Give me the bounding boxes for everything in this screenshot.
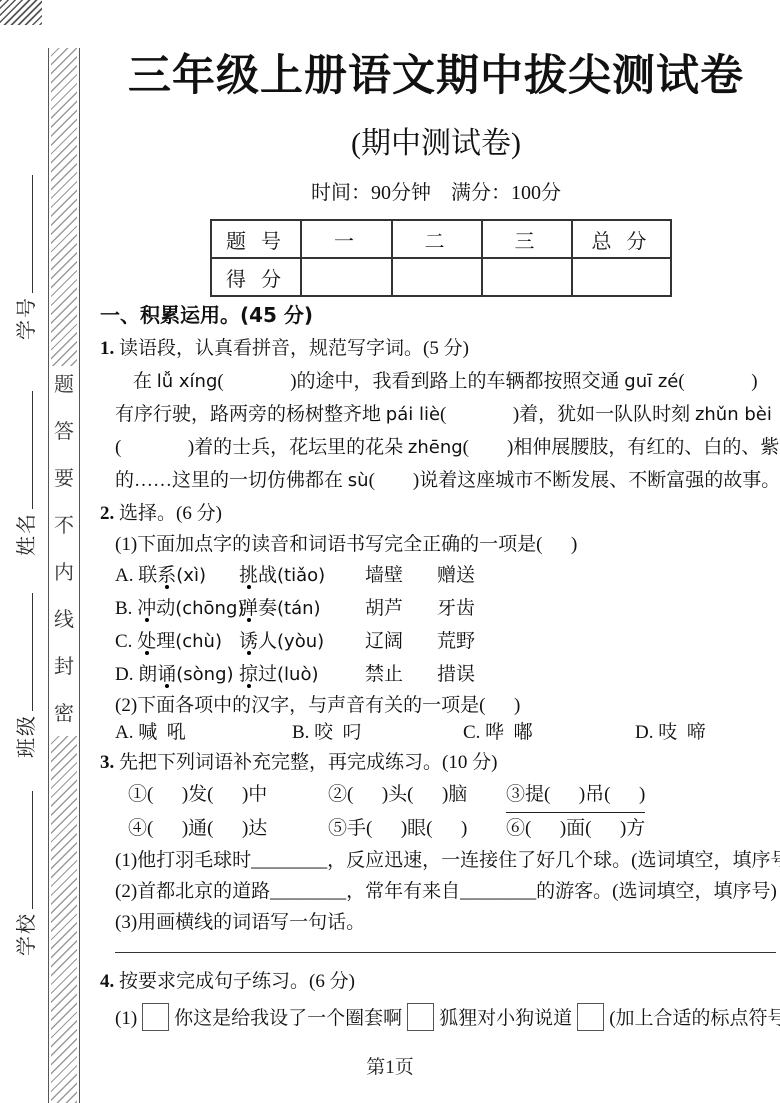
seal-line-band: 题 答 要 不 内 线 封 密 [48,48,80,1103]
field-label: 学校 [16,912,38,956]
question-title-text: 按要求完成句子练习。(6 分) [114,971,355,992]
option-word: 墙壁 [365,559,437,592]
pinyin-text: zhēng [408,437,463,458]
field-blank-line [28,791,33,909]
passage-text: ( )相伸展腰肢，有红的、白的、紫 [463,437,780,458]
answer-blank-line [115,938,776,953]
idiom-row: ④( )通( )达 ⑤手( )眼( ) ⑥( )面( )方 [100,813,776,845]
question-number: 1. [100,338,114,359]
punctuation-box [577,1003,604,1031]
page-number: 第1页 [0,1052,780,1079]
field-blank-line [28,175,33,293]
sentence-text: 你这是给我设了一个圈套啊 [174,1008,402,1029]
option-char: 人 [258,631,277,652]
seal-char: 线 [49,609,79,631]
punctuation-box [142,1003,169,1031]
option-word: 禁止 [365,658,437,691]
option-row: D. 朗诵(sòng) 掠过(luò) 禁止 措误 [100,658,776,691]
option-char: 动 [156,598,175,619]
option-label: C. [115,631,137,652]
dotted-char: 挑 [239,565,258,586]
score-table-score-row: 得 分 [211,258,671,296]
question-title-text: 读语段，认真看拼音，规范写字词。(5 分) [114,338,469,359]
option-char: 战 [258,565,277,586]
pinyin-text: guī zé [624,371,678,392]
option-word: 荒野 [437,625,776,658]
exam-meta: 时间：90分钟 满分：100分 [100,176,772,205]
score-cell: 题 号 [211,220,301,258]
passage-text: 在 [133,371,157,392]
score-cell-empty [301,258,392,296]
field-label: 学号 [16,296,38,340]
question-3-title: 3. 先把下列词语补充完整，再完成练习。(10 分) [100,746,776,779]
option-word-group: C. 处理(chù) [115,625,239,658]
pinyin-text: (chōng) [175,598,244,619]
passage-line: ( )着的士兵，花坛里的花朵 zhēng( )相伸展腰肢，有红的、白的、紫 [100,431,776,464]
option-word: 措误 [437,658,776,691]
sub-question: (2)首都北京的道路________，常年有来自________的游客。(选词填… [100,876,776,907]
passage-text: 有序行驶，路两旁的杨树整齐地 [115,404,386,425]
passage-text: ( ) [678,371,757,392]
idiom-row: ①( )发( )中 ②( )头( )脑 ③提( )吊( ) [100,779,776,813]
pinyin-text: sù [348,470,369,491]
score-table-header-row: 题 号 一 二 三 总 分 [211,220,671,258]
question-1-title: 1. 读语段，认真看拼音，规范写字词。(5 分) [100,332,776,365]
score-cell-empty [392,258,482,296]
score-table: 题 号 一 二 三 总 分 得 分 [210,219,672,297]
seal-char: 答 [49,421,79,443]
pinyin-text: (luò) [277,664,318,685]
score-cell: 总 分 [572,220,671,258]
option-word: 辽阔 [365,625,437,658]
question-title-text: 先把下列词语补充完整，再完成练习。(10 分) [114,752,497,773]
seal-char: 不 [49,515,79,537]
seal-char: 封 [49,656,79,678]
option-word-group: D. 朗诵(sòng) [115,658,239,691]
seal-char: 密 [49,703,79,725]
question-2-1-prompt: (1)下面加点字的读音和词语书写完全正确的一项是( ) [100,530,776,559]
pinyin-text: (yòu) [277,631,324,652]
option-item: C. 哗 嘟 [463,720,635,746]
option-item: A. 喊 吼 [115,720,292,746]
option-word: 赠送 [437,559,776,592]
sentence-text: 狐狸对小狗说道 [439,1008,572,1029]
score-cell: 得 分 [211,258,301,296]
option-word-group: 挑战(tiǎo) [239,559,365,592]
pinyin-text: lǚ xíng [157,371,218,392]
idiom-item-underlined: ③提( )吊( ) [506,779,645,813]
option-row: A. 联系(xì) 挑战(tiǎo) 墙壁 赠送 [100,559,776,592]
pinyin-text: (chù) [175,631,222,652]
score-cell-empty [482,258,572,296]
passage-line: 在 lǚ xíng( )的途中，我看到路上的车辆都按照交通 guī zé( ) [100,365,776,398]
option-word-group: A. 联系(xì) [115,559,239,592]
question-4-title: 4. 按要求完成句子练习。(6 分) [100,965,776,998]
question-2-title: 2. 选择。(6 分) [100,497,776,530]
dotted-char: 处 [137,631,156,652]
pinyin-text: (tiǎo) [277,565,325,586]
score-cell: 二 [392,220,482,258]
seal-char: 要 [49,468,79,490]
idiom-item: ⑤手( )眼( ) [328,813,506,845]
question-number: 3. [100,752,114,773]
option-label: A. [115,565,138,586]
idiom-item: ②( )头( )脑 [328,779,506,813]
idiom-item: ⑥( )面( )方 [506,813,776,845]
score-cell-empty [572,258,671,296]
passage-text: ( )着，犹如一队队时刻 [440,404,695,425]
option-row: B. 冲动(chōng) 弹奏(tán) 胡芦 牙齿 [100,592,776,625]
option-word-group: 诱人(yòu) [239,625,365,658]
passage-text: ( )说着这座城市不断发展、不断富强的故事。 [369,470,780,491]
idiom-item: ①( )发( )中 [128,779,328,813]
option-char: 过 [258,664,277,685]
seal-char: 内 [49,562,79,584]
sub-question: (3)用画横线的词语写一句话。 [100,907,776,938]
option-char: 奏 [258,598,277,619]
dotted-char: 系 [157,565,176,586]
punctuation-sentence: (1)你这是给我设了一个圈套啊狐狸对小狗说道(加上合适的标点符号) [100,998,776,1040]
sub-question-label: (1) [115,1008,137,1029]
sub-question: (1)他打羽毛球时________，反应迅速，一连接住了好几个球。(选词填空，填… [100,845,776,876]
field-blank-line [28,391,33,509]
option-word-group: B. 冲动(chōng) [115,592,239,625]
score-cell: 三 [482,220,572,258]
passage-line: 有序行驶，路两旁的杨树整齐地 pái liè( )着，犹如一队队时刻 zhǔn … [100,398,776,431]
field-student-number: 学号 [10,175,39,340]
pinyin-text: (sòng) [176,664,233,685]
question-number: 2. [100,503,114,524]
option-char: 朗 [138,664,157,685]
pinyin-text: pái liè [386,404,440,425]
option-row: C. 处理(chù) 诱人(yòu) 辽阔 荒野 [100,625,776,658]
pinyin-text: (xì) [176,565,206,586]
dotted-char: 诱 [239,631,258,652]
field-label: 姓名 [16,512,38,556]
option-char: 理 [156,631,175,652]
paper-subtitle: (期中测试卷) [100,118,772,162]
option-word: 胡芦 [365,592,437,625]
question-2-2-prompt: (2)下面各项中的汉字，与声音有关的一项是( ) [100,691,776,720]
question-title-text: 选择。(6 分) [114,503,222,524]
option-item: B. 咬 叼 [292,720,463,746]
corner-hatch-mark [0,0,42,25]
dotted-char: 弹 [239,598,258,619]
option-label: D. [115,664,138,685]
pinyin-text: (tán) [277,598,321,619]
field-blank-line [28,593,33,711]
passage-text: ( )着的士兵，花坛里的花朵 [115,437,408,458]
field-label: 班级 [16,714,38,758]
passage-text: 的……这里的一切仿佛都在 [115,470,348,491]
option-word-group: 掠过(luò) [239,658,365,691]
pinyin-text: zhǔn bèi [695,404,772,425]
paper-title: 三年级上册语文期中拔尖测试卷 [100,42,772,103]
idiom-item: ④( )通( )达 [128,813,328,845]
passage-text: ( )的途中，我看到路上的车辆都按照交通 [217,371,624,392]
dotted-char: 冲 [137,598,156,619]
option-char: 联 [138,565,157,586]
option-item: D. 吱 啼 [635,720,776,746]
option-row: A. 喊 吼 B. 咬 叼 C. 哗 嘟 D. 吱 啼 [100,720,776,746]
dotted-char: 诵 [157,664,176,685]
field-school: 学校 [10,791,39,956]
option-word: 牙齿 [437,592,776,625]
field-student-name: 姓名 [10,391,39,556]
score-cell: 一 [301,220,392,258]
seal-hatch-top [51,48,77,366]
dotted-char: 掠 [239,664,258,685]
section-heading: 一、积累运用。(45 分) [100,298,776,332]
seal-char: 题 [49,374,79,396]
sentence-text: (加上合适的标点符号) [609,1008,780,1029]
field-class: 班级 [10,593,39,758]
option-word-group: 弹奏(tán) [239,592,365,625]
passage-line: 的……这里的一切仿佛都在 sù( )说着这座城市不断发展、不断富强的故事。 [100,464,776,497]
exam-body: 一、积累运用。(45 分) 1. 读语段，认真看拼音，规范写字词。(5 分) 在… [100,298,776,1040]
question-number: 4. [100,971,114,992]
punctuation-box [407,1003,434,1031]
seal-hatch-bottom [51,736,77,1103]
option-label: B. [115,598,137,619]
